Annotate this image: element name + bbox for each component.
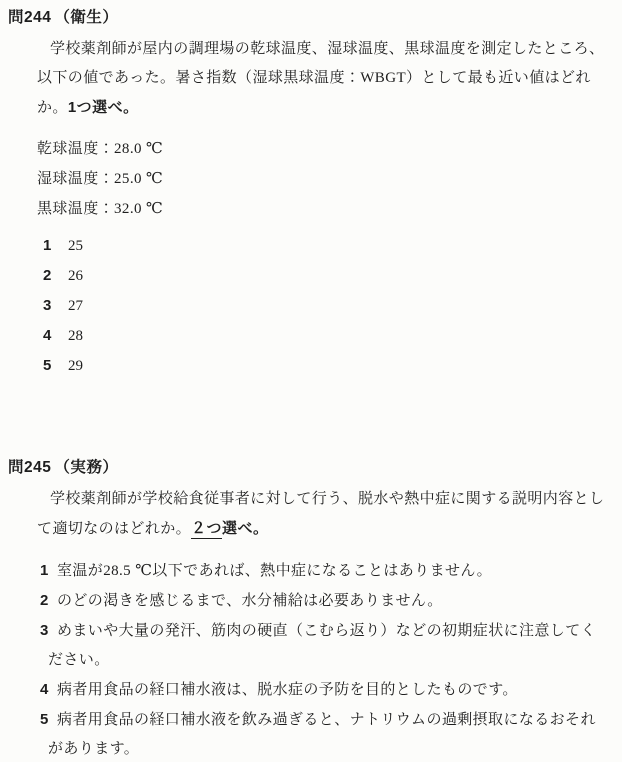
- q245-option-list: 1室温が28.5 ℃以下であれば、熱中症になることはありません。 2のどの渇きを…: [40, 556, 610, 762]
- option-row: 529: [43, 351, 610, 381]
- q244-header: 問244（衛生）: [8, 8, 610, 28]
- option-row: 125: [43, 231, 610, 261]
- option-row: 4病者用食品の経口補水液は、脱水症の予防を目的としたものです。: [40, 675, 610, 705]
- question-number: 問245: [8, 458, 51, 478]
- q244-section: 問244（衛生） 学校薬剤師が屋内の調理場の乾球温度、湿球温度、黒球温度を測定し…: [8, 8, 610, 381]
- measurement-label: 黒球温度：: [37, 201, 114, 217]
- option-text-continuation: ださい。: [48, 646, 610, 675]
- q244-body: 学校薬剤師が屋内の調理場の乾球温度、湿球温度、黒球温度を測定したところ、 以下の…: [37, 35, 610, 123]
- option-text: 26: [68, 268, 83, 284]
- q245-body: 学校薬剤師が学校給食従事者に対して行う、脱水や熱中症に関する説明内容とし て適切…: [37, 485, 610, 544]
- question-text-fragment: て適切なのはどれか。: [37, 521, 191, 537]
- option-row: 3めまいや大量の発汗、筋肉の硬直（こむら返り）などの初期症状に注意してく ださい…: [40, 616, 610, 675]
- question-subject: （実務）: [54, 458, 118, 478]
- option-row: 226: [43, 261, 610, 291]
- option-row: 428: [43, 321, 610, 351]
- question-text-fragment: か。: [37, 100, 68, 116]
- option-text: 29: [68, 358, 83, 374]
- option-number: 3: [40, 616, 57, 645]
- option-number: 4: [40, 675, 57, 704]
- question-text-line: て適切なのはどれか。２つ選べ。: [37, 514, 610, 544]
- select-instruction: 1つ選べ。: [68, 99, 139, 116]
- option-row: 327: [43, 291, 610, 321]
- option-number: 1: [43, 231, 68, 260]
- measurement-label: 乾球温度：: [37, 141, 114, 157]
- option-row: 1室温が28.5 ℃以下であれば、熱中症になることはありません。: [40, 556, 610, 586]
- select-instruction-rest: 選べ。: [222, 520, 269, 537]
- option-number: 2: [43, 261, 68, 290]
- question-text-line: 以下の値であった。暑さ指数（湿球黒球温度：WBGT）として最も近い値はどれ: [37, 64, 610, 93]
- option-text: 27: [68, 298, 83, 314]
- q245-header: 問245（実務）: [8, 458, 610, 478]
- option-row: 2のどの渇きを感じるまで、水分補給は必要ありません。: [40, 586, 610, 616]
- option-text: 病者用食品の経口補水液を飲み過ぎると、ナトリウムの過剰摂取になるおそれ: [57, 712, 596, 728]
- option-number: 2: [40, 586, 57, 615]
- option-text: のどの渇きを感じるまで、水分補給は必要ありません。: [57, 593, 443, 609]
- option-number: 4: [43, 321, 68, 350]
- option-text-continuation: があります。: [48, 735, 610, 762]
- option-text: 病者用食品の経口補水液は、脱水症の予防を目的としたものです。: [57, 682, 518, 698]
- option-text: 室温が28.5 ℃以下であれば、熱中症になることはありません。: [57, 563, 492, 579]
- measurement-value: 28.0 ℃: [114, 141, 163, 157]
- question-text-line: か。1つ選べ。: [37, 93, 610, 123]
- measurement-row: 乾球温度：28.0 ℃: [37, 134, 610, 164]
- measurement-list: 乾球温度：28.0 ℃ 湿球温度：25.0 ℃ 黒球温度：32.0 ℃: [37, 134, 610, 224]
- option-number: 3: [43, 291, 68, 320]
- exam-page: 問244（衛生） 学校薬剤師が屋内の調理場の乾球温度、湿球温度、黒球温度を測定し…: [0, 0, 622, 762]
- option-number: 1: [40, 556, 57, 585]
- option-text: めまいや大量の発汗、筋肉の硬直（こむら返り）などの初期症状に注意してく: [57, 623, 596, 639]
- question-subject: （衛生）: [54, 8, 118, 28]
- option-text: 28: [68, 328, 83, 344]
- q245-section: 問245（実務） 学校薬剤師が学校給食従事者に対して行う、脱水や熱中症に関する説…: [8, 458, 610, 762]
- question-number: 問244: [8, 8, 51, 28]
- option-number: 5: [40, 705, 57, 734]
- underlined-count: ２つ: [191, 520, 222, 539]
- option-text: 25: [68, 238, 83, 254]
- measurement-value: 32.0 ℃: [114, 201, 163, 217]
- option-number: 5: [43, 351, 68, 380]
- measurement-value: 25.0 ℃: [114, 171, 163, 187]
- question-text-line: 学校薬剤師が屋内の調理場の乾球温度、湿球温度、黒球温度を測定したところ、: [37, 35, 610, 64]
- measurement-label: 湿球温度：: [37, 171, 114, 187]
- select-instruction: ２つ選べ。: [191, 520, 269, 539]
- q244-option-list: 125 226 327 428 529: [43, 231, 610, 381]
- measurement-row: 湿球温度：25.0 ℃: [37, 164, 610, 194]
- question-text-line: 学校薬剤師が学校給食従事者に対して行う、脱水や熱中症に関する説明内容とし: [37, 485, 610, 514]
- option-row: 5病者用食品の経口補水液を飲み過ぎると、ナトリウムの過剰摂取になるおそれ があり…: [40, 705, 610, 762]
- measurement-row: 黒球温度：32.0 ℃: [37, 194, 610, 224]
